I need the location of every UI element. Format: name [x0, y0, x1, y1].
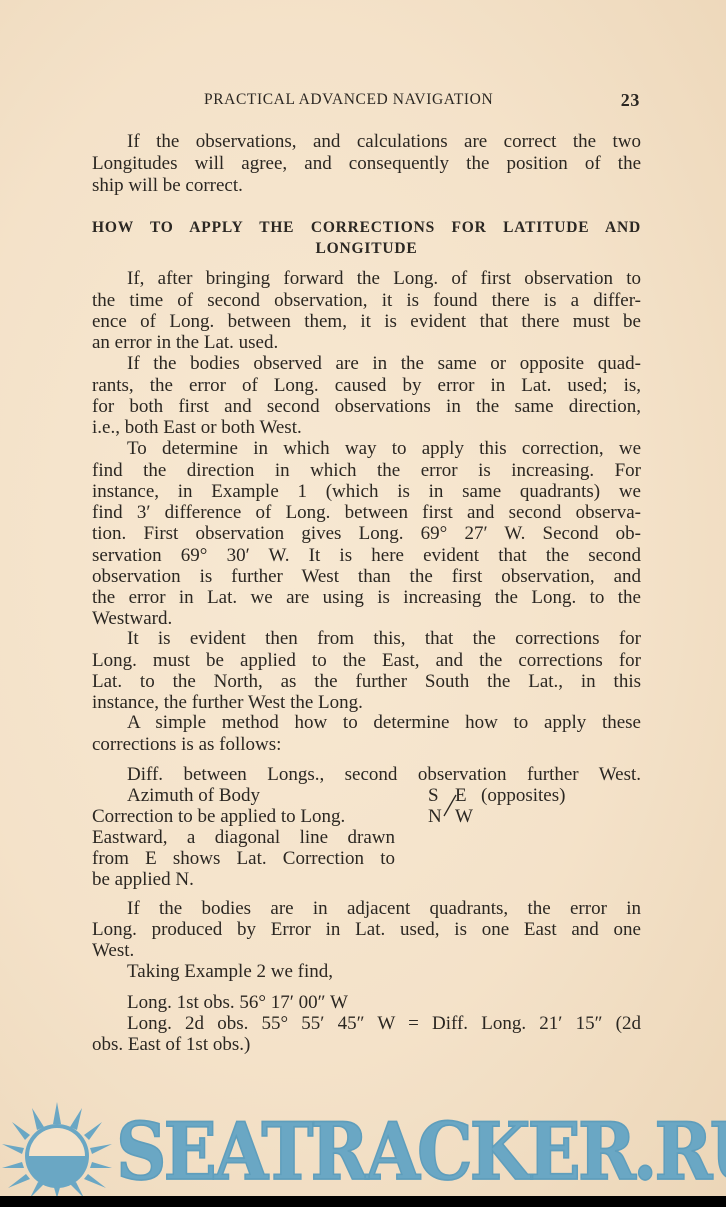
example-line-2: Long. 2d obs. 55° 55′ 45″ W = Diff. Long… — [127, 1013, 641, 1035]
text-line: Taking Example 2 we find, — [127, 961, 641, 983]
example-line-3: obs. East of 1st obs.) — [92, 1034, 641, 1056]
azimuth-label: Azimuth of Body — [127, 785, 327, 807]
page-number: 23 — [621, 90, 640, 111]
diagram-s: S — [428, 785, 439, 807]
section-heading-line-2: LONGITUDE — [92, 238, 641, 259]
text-line: the error in Lat. we are using is increa… — [92, 587, 641, 609]
text-line: Lat. to the North, as the further South … — [92, 671, 641, 693]
text-line: be applied N. — [92, 869, 395, 891]
sun-over-sea-icon — [2, 1102, 112, 1198]
watermark: SEATRACKER.RU — [0, 1098, 726, 1198]
text-line: To determine in which way to apply this … — [127, 438, 641, 460]
text-line: find 3′ difference of Long. between firs… — [92, 502, 641, 524]
text-line: rants, the error of Long. caused by erro… — [92, 375, 641, 397]
text-line: West. — [92, 940, 641, 962]
running-title: PRACTICAL ADVANCED NAVIGATION — [204, 91, 493, 109]
diagonal-line-icon — [442, 791, 458, 819]
text-line: for both first and second observations i… — [92, 396, 641, 418]
text-line: observation is further West than the fir… — [92, 566, 641, 588]
watermark-text: SEATRACKER.RU — [116, 1112, 726, 1193]
text-line: It is evident then from this, that the c… — [127, 628, 641, 650]
text-line: Westward. — [92, 608, 641, 630]
running-head: PRACTICAL ADVANCED NAVIGATION 23 — [92, 91, 641, 113]
text-line: instance, the further West the Long. — [92, 692, 641, 714]
bottom-border — [0, 1196, 726, 1207]
method-diff-line: Diff. between Longs., second observation… — [127, 764, 641, 786]
text-line: corrections is as follows: — [92, 734, 641, 756]
text-line: If the observations, and calculations ar… — [127, 131, 641, 153]
text-line: If the bodies are in adjacent quadrants,… — [127, 898, 641, 920]
section-heading-line-1: HOW TO APPLY THE CORRECTIONS FOR LATITUD… — [92, 217, 641, 238]
text-line: Correction to be applied to Long. — [92, 806, 402, 828]
text-line: ship will be correct. — [92, 175, 641, 197]
text-line: tion. First observation gives Long. 69° … — [92, 523, 641, 545]
text-line: from E shows Lat. Correction to — [92, 848, 395, 870]
text-line: If, after bringing forward the Long. of … — [127, 268, 641, 290]
text-line: ence of Long. between them, it is eviden… — [92, 311, 641, 333]
text-line: i.e., both East or both West. — [92, 417, 641, 439]
text-line: servation 69° 30′ W. It is here evident … — [92, 545, 641, 567]
text-line: A simple method how to determine how to … — [127, 712, 641, 734]
text-line: instance, in Example 1 (which is in same… — [92, 481, 641, 503]
text-line: the time of second observation, it is fo… — [92, 290, 641, 312]
example-line-1: Long. 1st obs. 56° 17′ 00″ W — [127, 992, 641, 1014]
text-line: find the direction in which the error is… — [92, 460, 641, 482]
diagram-note: (opposites) — [481, 785, 565, 807]
text-line: an error in the Lat. used. — [92, 332, 641, 354]
text-line: Eastward, a diagonal line drawn — [92, 827, 395, 849]
text-line: Long. must be applied to the East, and t… — [92, 650, 641, 672]
text-line: Longitudes will agree, and consequently … — [92, 153, 641, 175]
text-line: Long. produced by Error in Lat. used, is… — [92, 919, 641, 941]
diagram-n: N — [428, 806, 442, 828]
text-line: If the bodies observed are in the same o… — [127, 353, 641, 375]
